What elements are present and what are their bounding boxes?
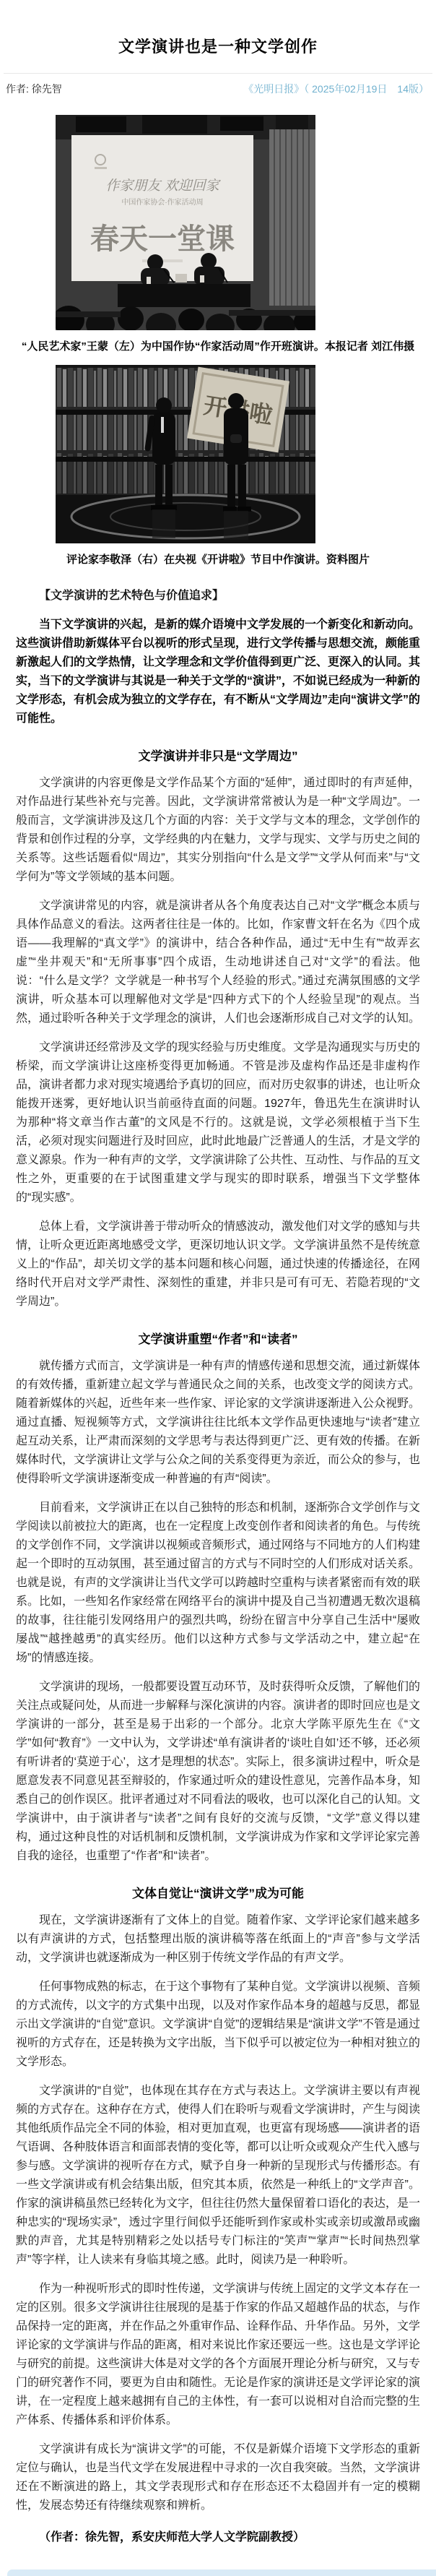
section-heading-3: 文体自觉让“演讲文学”成为可能 — [16, 1883, 420, 1901]
byline-source: 《光明日报》（ 2025年02月19日 14版） — [243, 82, 429, 96]
byline-author: 作者: 徐先智 — [6, 82, 62, 96]
article-kicker: 【文学演讲的艺术特色与价值追求】 — [16, 587, 420, 606]
footer-strip — [7, 2569, 436, 2576]
author-signature: （作者：徐先智，系安庆师范大学人文学院副教授） — [16, 2528, 420, 2547]
article-paragraph: 现在，文学演讲逐渐有了文体上的自觉。随着作家、文学评论家们越来越多以有声演讲的方… — [16, 1911, 420, 1968]
speaker-left — [147, 254, 163, 270]
section-heading-2: 文学演讲重塑“作者”和“读者” — [16, 1329, 420, 1347]
article-paragraph: 作为一种视听形式的即时性传递，文学演讲与传统上固定的文学文本存在一定的区别。很多… — [16, 2280, 420, 2430]
figure-lecture-caption: “人民艺术家”王蒙（左）为中国作协“作家活动周”作开班演讲。本报记者 刘江伟摄 — [10, 339, 426, 355]
figure-tv-studio: 开讲啦 — [0, 365, 436, 568]
screen-main-title: 春天一堂课 — [90, 223, 235, 255]
article-paragraph: 文学演讲的“自觉”，也体现在其存在方式与表达上。文学演讲主要以有声视频的方式存在… — [16, 2082, 420, 2270]
article-paragraph: 总体上看，文学演讲善于带动听众的情感波动，激发他们对文学的感知与共情，让听众更近… — [16, 1218, 420, 1311]
article-paragraph: 文学演讲的内容更像是文学作品某个方面的“延伸”，通过即时的有声延伸，对作品进行某… — [16, 774, 420, 887]
screen-calligraphy-line: 作家朋友 欢迎回家 — [105, 178, 221, 194]
article-paragraph: 文学演讲的现场，一般都要设置互动环节，及时获得听众反馈，了解他们的关注点或疑问处… — [16, 1678, 420, 1866]
article-page: 文学演讲也是一种文学创作 作者: 徐先智 《光明日报》（ 2025年02月19日… — [0, 0, 436, 2576]
figure-tv-studio-caption: 评论家李敬泽（右）在央视《开讲啦》节目中作演讲。资料图片 — [10, 552, 426, 568]
article-paragraph: 目前看来，文学演讲正在以自己独特的形态和机制，逐渐弥合文学创作与文学阅读以前被拉… — [16, 1499, 420, 1668]
article-paragraph: 就传播方式而言，文学演讲是一种有声的情感传递和思想交流，通过新媒体的有效传播，重… — [16, 1357, 420, 1489]
lecture-photo: 作家朋友 欢迎回家 中国作家协会·作家活动周 春天一堂课 — [56, 115, 315, 330]
article-paragraph: 文学演讲常见的内容，就是演讲者从各个角度表达自己对“文学”概念本质与具体作品意义… — [16, 897, 420, 1028]
byline: 作者: 徐先智 《光明日报》（ 2025年02月19日 14版） — [0, 74, 436, 96]
article-paragraph: 文学演讲有成长为“演讲文学”的可能，不仅是新媒介语境下文学形态的重新定位与确认，… — [16, 2440, 420, 2515]
article-paragraph: 任何事物成熟的标志，在于这个事物有了某种自觉。文学演讲以视频、音频的方式流传，以… — [16, 1978, 420, 2072]
article-body: 【文学演讲的艺术特色与价值追求】 当下文学演讲的兴起，是新的媒介语境中文学发展的… — [0, 587, 436, 2547]
figure-lecture: 作家朋友 欢迎回家 中国作家协会·作家活动周 春天一堂课 — [0, 115, 436, 355]
speaker-right — [201, 253, 217, 269]
article-paragraph: 文学演讲还经常涉及文学的现实经验与历史维度。文学是沟通现实与历史的桥梁，而文学演… — [16, 1038, 420, 1207]
page-title: 文学演讲也是一种文学创作 — [0, 0, 436, 73]
tv-studio-photo: 开讲啦 — [56, 365, 315, 543]
screen-subtitle-line: 中国作家协会·作家活动周 — [121, 197, 203, 207]
section-heading-1: 文学演讲并非只是“文学周边” — [16, 746, 420, 764]
speakers-table — [118, 284, 250, 307]
article-lead-paragraph: 当下文学演讲的兴起，是新的媒介语境中文学发展的一个新变化和新动向。这些演讲借助新… — [16, 616, 420, 728]
